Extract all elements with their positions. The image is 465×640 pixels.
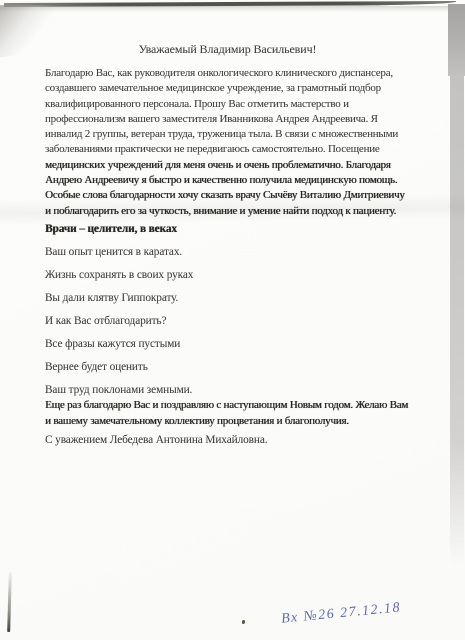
scan-speck <box>242 620 245 624</box>
poem-heading: Врачи – целители, в веках <box>45 218 425 241</box>
scan-band-top-right <box>448 4 465 76</box>
poem-line: Все фразы кажутся пустыми <box>45 333 425 356</box>
paragraph-line: Особые слова благодарности хочу сказать … <box>45 188 445 203</box>
paragraph-line: профессионализм вашего заместителя Иванн… <box>45 112 445 127</box>
poem-line: Жизнь сохранять в своих руках <box>45 264 425 287</box>
paragraph-line: заболеваниями практически не передвигаюс… <box>45 142 445 157</box>
closing-line: Еще раз благодарю Вас и поздравляю с нас… <box>45 398 445 414</box>
salutation: Уважаемый Владимир Васильевич! <box>0 42 455 57</box>
scan-band-right <box>450 74 464 566</box>
scanned-letter-page: Уважаемый Владимир Васильевич! Благодарю… <box>0 0 465 640</box>
closing-line: и вашему замечательному коллективу процв… <box>45 414 445 430</box>
handwritten-registration-note: Вх №26 27.12.18 <box>281 600 402 627</box>
scan-edge-top-shadow <box>0 6 460 12</box>
body-paragraph: Благодарю Вас, как руководителя онкологи… <box>45 66 445 219</box>
scan-line-bottom-left <box>7 572 12 632</box>
poem-line: Ваш опыт ценится в каратах. <box>45 241 425 264</box>
signature-line: С уважением Лебедева Антонина Михайловна… <box>45 434 267 446</box>
poem-line: Вы дали клятву Гиппократу. <box>45 287 425 310</box>
paragraph-line: Благодарю Вас, как руководителя онкологи… <box>45 66 445 81</box>
paragraph-line: медицинских учреждений для меня очень и … <box>45 158 445 173</box>
poem-line: И как Вас отблагодарить? <box>45 310 425 333</box>
poem-line: Вернее будет оценить <box>45 356 425 379</box>
paragraph-line: и поблагодарить его за чуткость, внимани… <box>45 204 445 219</box>
paragraph-line: квалифицированного персонала. Прошу Вас … <box>45 97 445 112</box>
paragraph-line: инвалид 2 группы, ветеран труда, тружени… <box>45 127 445 142</box>
closing-paragraph: Еще раз благодарю Вас и поздравляю с нас… <box>45 398 445 429</box>
paragraph-line: создавшего замечательное медицинское учр… <box>45 81 445 96</box>
poem: Врачи – целители, в веках Ваш опыт ценит… <box>45 218 425 402</box>
paragraph-line: Андрею Андреевичу я быстро и качественно… <box>45 173 445 188</box>
